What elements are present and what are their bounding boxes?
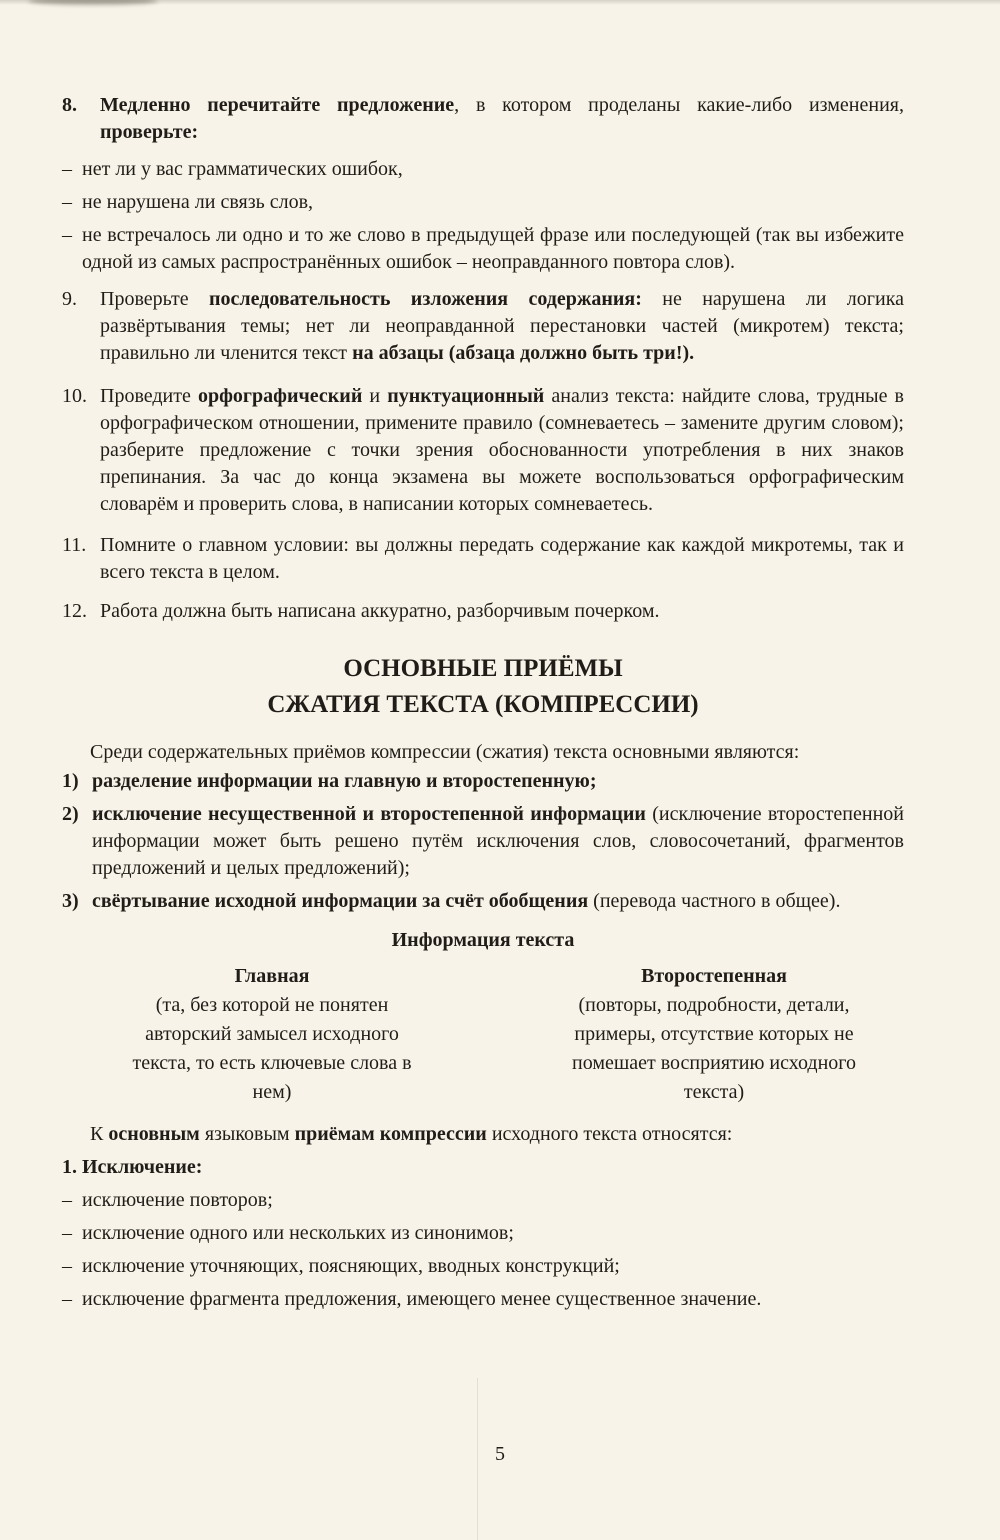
exclusion-item: – исключение уточняющих, поясняющих, вво… — [62, 1253, 904, 1280]
method-item-2: 2) исключение несущественной и второстеп… — [62, 801, 904, 882]
column-body: (повторы, подробности, детали, примеры, … — [549, 991, 879, 1107]
item-number: 2) — [62, 801, 92, 882]
column-body: (та, без которой не понятен авторский за… — [122, 991, 422, 1107]
info-column-secondary: Второстепенная (повторы, подробности, де… — [549, 962, 879, 1107]
bold-text: приёмам компрессии — [295, 1123, 487, 1145]
exclusion-item: – исключение повторов; — [62, 1187, 904, 1214]
item-text: Проверьте последовательность изложения с… — [100, 286, 904, 367]
column-heading: Второстепенная — [549, 962, 879, 991]
info-table-title: Информация текста — [62, 927, 904, 954]
instruction-item-10: 10. Проведите орфографический и пунктуац… — [62, 383, 904, 518]
item-text: Помните о главном условии: вы должны пер… — [100, 532, 904, 586]
page-number: 5 — [0, 1443, 1000, 1466]
item-text: свёртывание исходной информации за счёт … — [92, 888, 904, 915]
info-column-main: Главная (та, без которой не понятен авто… — [122, 962, 422, 1107]
instruction-item-12: 12. Работа должна быть написана аккуратн… — [62, 598, 904, 625]
instruction-item-11: 11. Помните о главном условии: вы должны… — [62, 532, 904, 586]
bold-text: последовательность изложения содержания: — [209, 288, 642, 310]
method-item-3: 3) свёртывание исходной информации за сч… — [62, 888, 904, 915]
exclusion-item: – исключение фрагмента предложения, имею… — [62, 1286, 904, 1313]
item-number: 12. — [62, 598, 100, 625]
check-text: нет ли у вас грамматических ошибок, — [82, 156, 904, 183]
exclusion-title: 1. Исключение: — [62, 1154, 904, 1181]
closing-paragraph: К основным языковым приёмам компрессии и… — [62, 1121, 904, 1148]
plain-text: и — [362, 385, 387, 407]
dash-marker: – — [62, 1187, 82, 1214]
intro-paragraph: Среди содержательных приёмов компрессии … — [62, 739, 904, 766]
check-item: – не нарушена ли связь слов, — [62, 189, 904, 216]
page-content: 8. Медленно перечитайте предложение, в к… — [62, 92, 904, 1313]
check-text: не нарушена ли связь слов, — [82, 189, 904, 216]
check-text: не встречалось ли одно и то же слово в п… — [82, 222, 904, 276]
bold-text: проверьте: — [100, 121, 198, 143]
item-text: Медленно перечитайте предложение, в кото… — [100, 92, 904, 146]
section-title: ОСНОВНЫЕ ПРИЁМЫ СЖАТИЯ ТЕКСТА (КОМПРЕССИ… — [62, 651, 904, 723]
section-title-line1: ОСНОВНЫЕ ПРИЁМЫ — [62, 651, 904, 687]
item-number: 3) — [62, 888, 92, 915]
item-text: исключение несущественной и второстепенн… — [92, 801, 904, 882]
plain-text: исходного текста относятся: — [487, 1123, 733, 1145]
dash-marker: – — [62, 156, 82, 183]
plain-text: К — [90, 1123, 108, 1145]
bold-text: свёртывание исходной информации за счёт … — [92, 890, 588, 912]
bold-text: орфографический — [198, 385, 362, 407]
exclusion-text: исключение одного или нескольких из сино… — [82, 1220, 904, 1247]
check-item: – не встречалось ли одно и то же слово в… — [62, 222, 904, 276]
exclusion-item: – исключение одного или нескольких из си… — [62, 1220, 904, 1247]
bold-text: на абзацы (абзаца должно быть три!). — [352, 342, 694, 364]
dash-marker: – — [62, 1220, 82, 1247]
bold-text: Медленно перечитайте предложение — [100, 94, 454, 116]
bold-text: разделение информации на главную и второ… — [92, 770, 596, 792]
check-item: – нет ли у вас грамматических ошибок, — [62, 156, 904, 183]
item-number: 11. — [62, 532, 100, 586]
item-number: 8. — [62, 92, 100, 146]
exclusion-text: исключение уточняющих, поясняющих, вводн… — [82, 1253, 904, 1280]
dash-marker: – — [62, 1253, 82, 1280]
scanned-book-page: 8. Медленно перечитайте предложение, в к… — [0, 0, 1000, 1540]
plain-text: (перевода частного в общее). — [588, 890, 840, 912]
plain-text: языковым — [200, 1123, 295, 1145]
plain-text: Проверьте — [100, 288, 209, 310]
column-heading: Главная — [122, 962, 422, 991]
item-number: 9. — [62, 286, 100, 367]
instruction-item-9: 9. Проверьте последовательность изложени… — [62, 286, 904, 367]
instruction-item-8: 8. Медленно перечитайте предложение, в к… — [62, 92, 904, 146]
plain-text: Проведите — [100, 385, 198, 407]
item-number: 1) — [62, 768, 92, 795]
exclusion-text: исключение повторов; — [82, 1187, 904, 1214]
item-number: 10. — [62, 383, 100, 518]
dash-marker: – — [62, 1286, 82, 1313]
method-item-1: 1) разделение информации на главную и вт… — [62, 768, 904, 795]
dash-marker: – — [62, 189, 82, 216]
item-text: разделение информации на главную и второ… — [92, 768, 904, 795]
plain-text: , в котором проделаны какие-либо изменен… — [454, 94, 904, 116]
bold-text: основным — [108, 1123, 199, 1145]
section-title-line2: СЖАТИЯ ТЕКСТА (КОМПРЕССИИ) — [62, 687, 904, 723]
info-columns: Главная (та, без которой не понятен авто… — [62, 962, 904, 1107]
dash-marker: – — [62, 222, 82, 276]
item-text: Работа должна быть написана аккуратно, р… — [100, 598, 904, 625]
bold-text: пунктуационный — [387, 385, 544, 407]
bold-text: исключение несущественной и второстепенн… — [92, 803, 646, 825]
item-text: Проведите орфографический и пунктуационн… — [100, 383, 904, 518]
exclusion-text: исключение фрагмента предложения, имеюще… — [82, 1286, 904, 1313]
